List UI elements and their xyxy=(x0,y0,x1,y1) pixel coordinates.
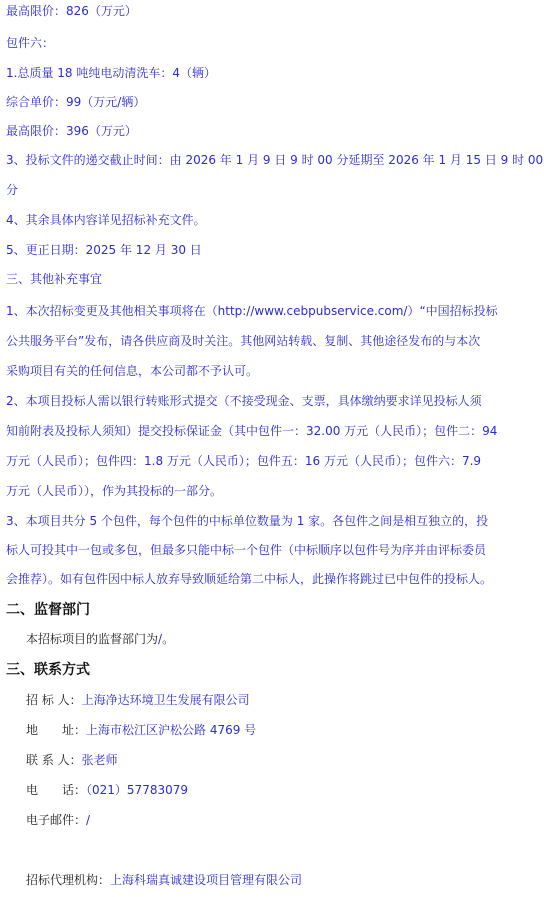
email-value: / xyxy=(86,813,90,827)
phone-label: 电 话： xyxy=(26,783,86,797)
address-row: 地 址：上海市松江区沪松公路 4769 号 xyxy=(26,723,256,737)
phone-row: 电 话：（021）57783079 xyxy=(26,783,188,797)
tenderer-label: 招 标 人： xyxy=(26,693,82,707)
publication-notice-line2: 公共服务平台”发布，请各供应商及时关注。其他网站转载、复制、其他途径发布的与本次 xyxy=(6,334,480,348)
package-rules-line2: 标人可投其中一包或多包，但最多只能中标一个包件（中标顺序以包件号为序并由评标委员 xyxy=(6,543,486,557)
supervision-text-prefix: 本招标项目的监督部门为 xyxy=(26,632,158,646)
tenderer-value: 上海净达环境卫生发展有限公司 xyxy=(82,693,250,707)
pkg6-title: 包件六： xyxy=(6,36,54,50)
pkg6-item1: 1.总质量 18 吨纯电动清洗车：4（辆） xyxy=(6,66,216,80)
email-row: 电子邮件：/ xyxy=(26,813,90,827)
pkg5-max-price: 最高限价：826（万元） xyxy=(6,4,137,18)
deposit-note-line3: 万元（人民币）；包件四：1.8 万元（人民币）；包件五：16 万元（人民币）；包… xyxy=(6,454,481,468)
supervision-title: 二、监督部门 xyxy=(6,602,90,618)
other-matters-title: 三、其他补充事宜 xyxy=(6,272,102,286)
agency-value: 上海科瑞真诚建设项目管理有限公司 xyxy=(110,873,302,887)
agency-label: 招标代理机构： xyxy=(26,873,110,887)
phone-value: （021）57783079 xyxy=(86,783,188,797)
contact-title: 三、联系方式 xyxy=(6,662,90,678)
contact-person-label: 联 系 人： xyxy=(26,753,82,767)
supplementary-docs-note: 4、其余具体内容详见招标补充文件。 xyxy=(6,213,206,227)
deposit-note-line2: 知前附表及投标人须知）提交投标保证金（其中包件一：32.00 万元（人民币）；包… xyxy=(6,424,497,438)
deposit-note-line4: 万元（人民币）），作为其投标的一部分。 xyxy=(6,484,222,498)
tenderer-row: 招 标 人：上海净达环境卫生发展有限公司 xyxy=(26,693,250,707)
correction-date: 5、更正日期：2025 年 12 月 30 日 xyxy=(6,243,202,257)
address-label: 地 址： xyxy=(26,723,86,737)
contact-person-row: 联 系 人：张老师 xyxy=(26,753,118,767)
agency-row: 招标代理机构：上海科瑞真诚建设项目管理有限公司 xyxy=(26,873,302,887)
pkg6-max-price: 最高限价：396（万元） xyxy=(6,124,137,138)
pkg6-unit-price: 综合单价：99（万元/辆） xyxy=(6,95,145,109)
deadline-change-line1: 3、投标文件的递交截止时间：由 2026 年 1 月 9 日 9 时 00 分延… xyxy=(6,153,543,167)
contact-person-value: 张老师 xyxy=(82,753,118,767)
deposit-note-line1: 2、本项目投标人需以银行转账形式提交（不接受现金、支票，具体缴纳要求详见投标人须 xyxy=(6,394,482,408)
address-value: 上海市松江区沪松公路 4769 号 xyxy=(86,723,256,737)
supervision-text-suffix: 。 xyxy=(162,632,174,646)
publication-notice-line3: 采购项目有关的任何信息，本公司都不予认可。 xyxy=(6,364,258,378)
package-rules-line1: 3、本项目共分 5 个包件，每个包件的中标单位数量为 1 家。各包件之间是相互独… xyxy=(6,514,488,528)
deadline-change-line2: 分 xyxy=(6,183,18,197)
supervision-text: 本招标项目的监督部门为/。 xyxy=(26,632,174,646)
publication-notice-line1: 1、本次招标变更及其他相关事项将在（http://www.cebpubservi… xyxy=(6,304,498,318)
email-label: 电子邮件： xyxy=(26,813,86,827)
package-rules-line3: 会推荐）。如有包件因中标人放弃导致顺延给第二中标人，此操作将跳过已中包件的投标人… xyxy=(6,572,492,586)
